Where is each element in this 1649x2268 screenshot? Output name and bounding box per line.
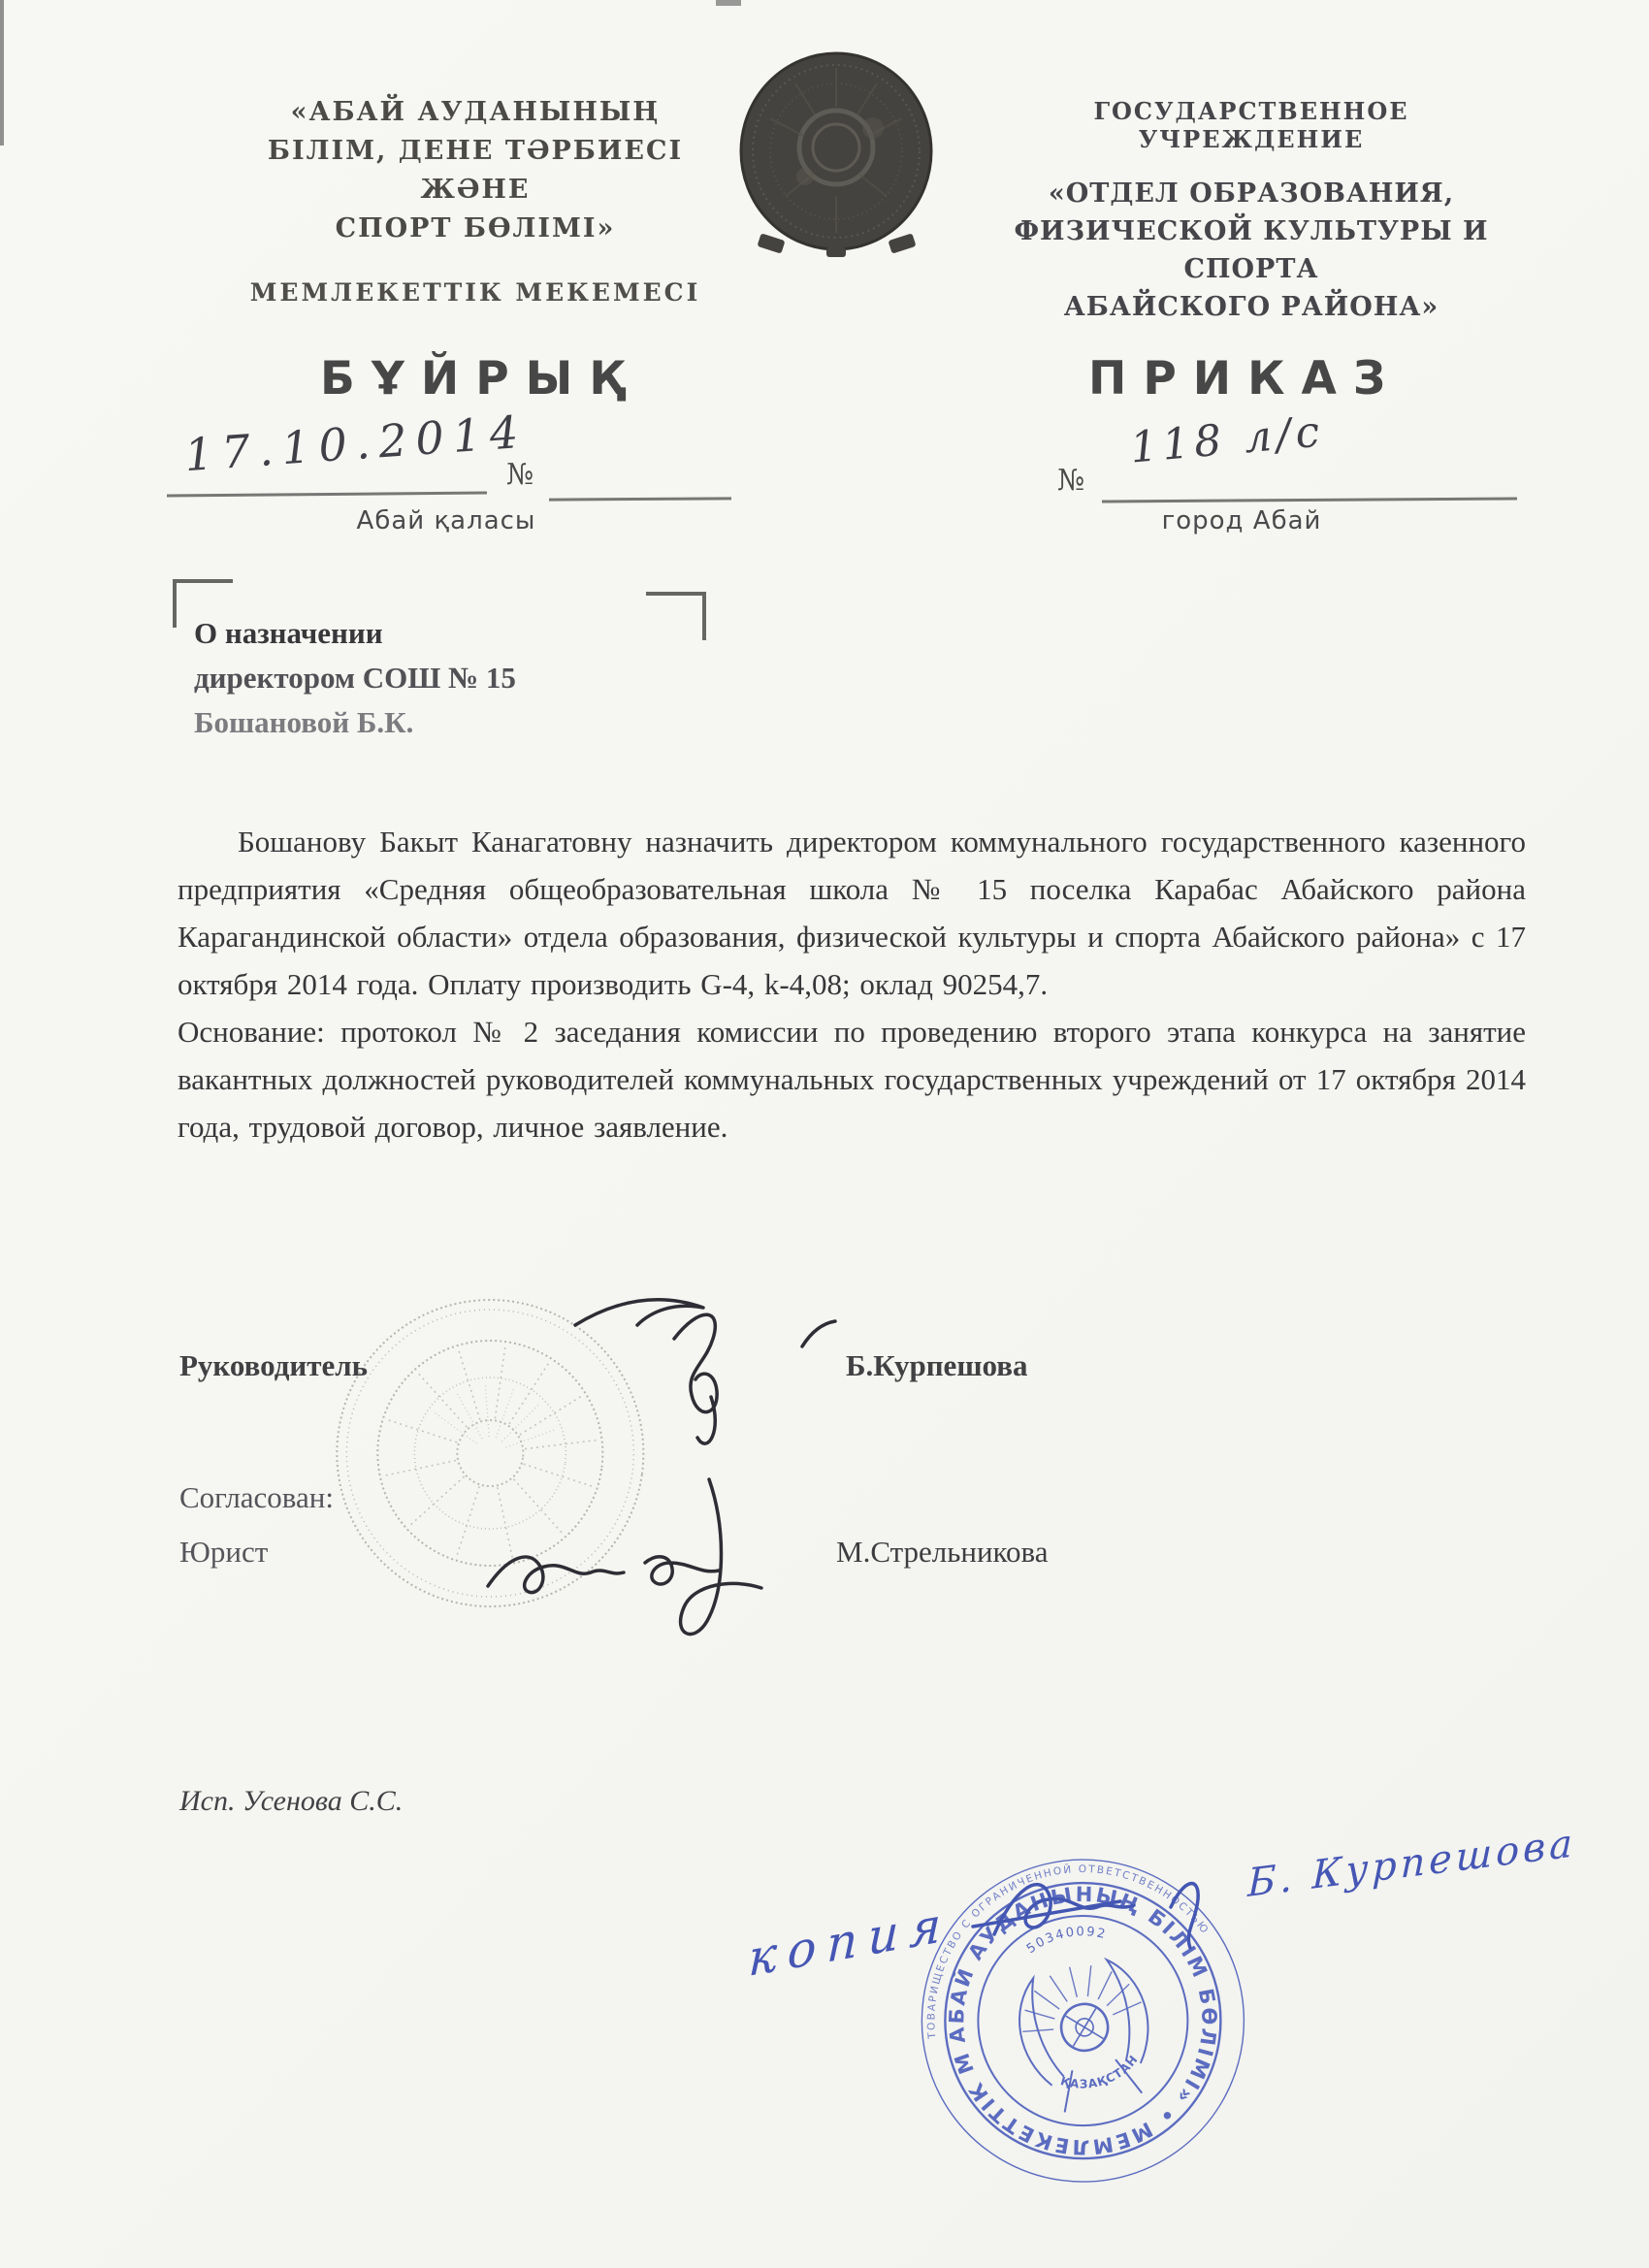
org-ru-line3: ФИЗИЧЕСКОЙ КУЛЬТУРЫ И СПОРТА bbox=[994, 212, 1508, 288]
body-paragraph-1: Бошанову Бакыт Канагатовну назначить дир… bbox=[178, 818, 1526, 1008]
blue-signature-ink bbox=[955, 1851, 1237, 1982]
org-ru-line4: АБАЙСКОГО РАЙОНА» bbox=[994, 288, 1508, 326]
order-body: Бошанову Бакыт Канагатовну назначить дир… bbox=[178, 818, 1526, 1150]
org-kk-line3: СПОРТ БӨЛІМІ» bbox=[247, 210, 703, 248]
agreed-role: Юрист bbox=[179, 1535, 268, 1570]
org-ru-line2: «ОТДЕЛ ОБРАЗОВАНИЯ, bbox=[994, 175, 1508, 212]
order-date-handwriting: 17.10.2014 bbox=[183, 405, 529, 482]
org-ru-line1: ГОСУДАРСТВЕННОЕ УЧРЕЖДЕНИЕ bbox=[994, 97, 1508, 153]
blue-signature-icon bbox=[955, 1851, 1237, 1977]
org-kk-line2: БІЛІМ, ДЕНЕ ТӘРБИЕСІ ЖӘНЕ bbox=[247, 132, 703, 210]
org-name-kazakh: «АБАЙ АУДАНЫНЫҢ БІЛІМ, ДЕНЕ ТӘРБИЕСІ ЖӘН… bbox=[247, 93, 703, 312]
number-underline-right bbox=[1102, 498, 1517, 503]
body-paragraph-2: Основание: протокол № 2 заседания комисс… bbox=[178, 1008, 1526, 1150]
number-sign-right: № bbox=[1057, 464, 1084, 498]
subject-line-3: Бошановой Б.К. bbox=[194, 700, 737, 745]
executor-note: Исп. Усенова С.С. bbox=[179, 1785, 403, 1818]
kazakhstan-emblem-icon bbox=[737, 50, 936, 262]
agreed-name: М.Стрельникова bbox=[836, 1535, 1049, 1570]
scan-notch-artifact bbox=[716, 0, 741, 6]
number-sign-left: № bbox=[506, 458, 533, 492]
head-signature-icon bbox=[558, 1279, 849, 1482]
org-kk-line1: «АБАЙ АУДАНЫНЫҢ bbox=[247, 93, 703, 132]
order-title-russian: ПРИКАЗ bbox=[1088, 352, 1402, 405]
jurist-signature-icon bbox=[480, 1470, 800, 1654]
head-signature-ink bbox=[558, 1279, 849, 1487]
date-underline bbox=[167, 492, 487, 498]
signer-name-handwriting: Б. Курпешова bbox=[1247, 1821, 1576, 1906]
state-emblem-seal bbox=[737, 50, 936, 267]
head-name: Б.Курпешова bbox=[846, 1348, 1027, 1383]
subject-line-1: О назначении bbox=[194, 611, 737, 656]
order-subject: О назначении директором СОШ № 15 Бошанов… bbox=[194, 611, 737, 745]
scan-edge-artifact bbox=[0, 0, 4, 146]
subject-line-2: директором СОШ № 15 bbox=[194, 656, 737, 700]
agreed-label: Согласован: bbox=[179, 1480, 334, 1515]
head-signature-label: Руководитель bbox=[179, 1348, 368, 1383]
place-russian: город Абай bbox=[1145, 506, 1339, 535]
place-kazakh: Абай қаласы bbox=[339, 506, 553, 535]
order-number-handwriting: 118 л/с bbox=[1128, 406, 1326, 472]
org-kk-subtitle: МЕМЛЕКЕТТІК МЕКЕМЕСІ bbox=[247, 274, 703, 312]
org-name-russian: ГОСУДАРСТВЕННОЕ УЧРЕЖДЕНИЕ «ОТДЕЛ ОБРАЗО… bbox=[994, 97, 1508, 326]
number-underline-left bbox=[549, 497, 731, 501]
document-page: «АБАЙ АУДАНЫНЫҢ БІЛІМ, ДЕНЕ ТӘРБИЕСІ ЖӘН… bbox=[0, 0, 1649, 2268]
order-title-kazakh: БҰЙРЫҚ bbox=[320, 352, 641, 405]
jurist-signature-ink bbox=[480, 1470, 800, 1659]
